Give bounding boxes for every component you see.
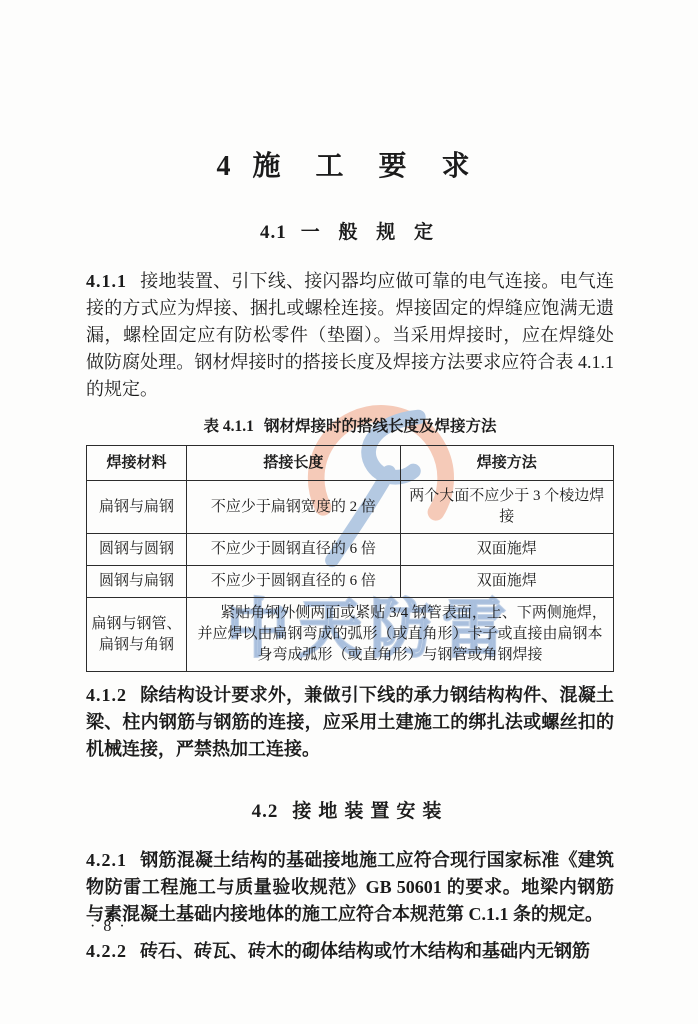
clause-4-1-1-text: 接地装置、引下线、接闪器均应做可靠的电气连接。电气连接的方式应为焊接、捆扎或螺栓… — [86, 271, 614, 399]
table-caption: 表 4.1.1钢材焊接时的搭线长度及焊接方法 — [86, 416, 614, 438]
clause-4-1-1: 4.1.1接地装置、引下线、接闪器均应做可靠的电气连接。电气连接的方式应为焊接、… — [86, 268, 614, 403]
page-content: 4施 工 要 求 4.1一 般 规 定 4.1.1接地装置、引下线、接闪器均应做… — [86, 0, 614, 965]
section-4-2-title: 接地装置安装 — [292, 801, 448, 822]
clause-4-1-2: 4.1.2除结构设计要求外，兼做引下线的承力钢结构构件、混凝土梁、柱内钢筋与钢筋… — [86, 682, 614, 763]
chapter-heading: 4施 工 要 求 — [86, 150, 614, 184]
chapter-number: 4 — [216, 151, 230, 182]
clause-4-1-1-number: 4.1.1 — [86, 271, 127, 291]
table-cell: 扁钢与扁钢 — [87, 481, 187, 534]
table-cell-merged-description: 紧贴角钢外侧两面或紧贴 3/4 钢管表面，上、下两侧施焊，并应焊以由扁钢弯成的弧… — [187, 598, 614, 672]
table-cell: 不应少于圆钢直径的 6 倍 — [187, 566, 400, 598]
clause-4-2-2-text: 砖石、砖瓦、砖木的砌体结构或竹木结构和基础内无钢筋 — [140, 941, 590, 961]
table-row: 扁钢与钢管、扁钢与角钢 紧贴角钢外侧两面或紧贴 3/4 钢管表面，上、下两侧施焊… — [87, 598, 614, 672]
table-cell: 圆钢与扁钢 — [87, 566, 187, 598]
header-cell-lap-length: 搭接长度 — [187, 446, 400, 481]
table-caption-label: 表 4.1.1 — [204, 418, 254, 435]
clause-4-2-2: 4.2.2砖石、砖瓦、砖木的砌体结构或竹木结构和基础内无钢筋 — [86, 938, 614, 965]
chapter-title: 施 工 要 求 — [252, 151, 483, 182]
clause-4-1-2-number: 4.1.2 — [86, 685, 127, 705]
table-row: 扁钢与扁钢 不应少于扁钢宽度的 2 倍 两个大面不应少于 3 个棱边焊接 — [87, 481, 614, 534]
table-cell: 两个大面不应少于 3 个棱边焊接 — [400, 481, 613, 534]
clause-4-2-2-number: 4.2.2 — [86, 941, 127, 961]
section-4-2-number: 4.2 — [252, 801, 279, 822]
table-header-row: 焊接材料 搭接长度 焊接方法 — [87, 446, 614, 481]
table-cell: 双面施焊 — [400, 566, 613, 598]
section-4-1-title: 一 般 规 定 — [301, 222, 440, 243]
clause-4-2-1: 4.2.1钢筋混凝土结构的基础接地施工应符合现行国家标准《建筑物防雷工程施工与质… — [86, 847, 614, 928]
table-caption-title: 钢材焊接时的搭线长度及焊接方法 — [264, 418, 497, 435]
table-row: 圆钢与圆钢 不应少于圆钢直径的 6 倍 双面施焊 — [87, 534, 614, 566]
page-number: · 8 · — [90, 918, 127, 936]
section-4-2-heading: 4.2接地装置安装 — [86, 799, 614, 825]
table-body: 扁钢与扁钢 不应少于扁钢宽度的 2 倍 两个大面不应少于 3 个棱边焊接 圆钢与… — [87, 481, 614, 672]
header-cell-material: 焊接材料 — [87, 446, 187, 481]
clause-4-2-1-text: 钢筋混凝土结构的基础接地施工应符合现行国家标准《建筑物防雷工程施工与质量验收规范… — [86, 850, 614, 924]
table-cell: 圆钢与圆钢 — [87, 534, 187, 566]
table-row: 圆钢与扁钢 不应少于圆钢直径的 6 倍 双面施焊 — [87, 566, 614, 598]
clause-4-1-2-text: 除结构设计要求外，兼做引下线的承力钢结构构件、混凝土梁、柱内钢筋与钢筋的连接，应… — [86, 685, 614, 759]
section-4-1-heading: 4.1一 般 规 定 — [86, 220, 614, 246]
table-head: 焊接材料 搭接长度 焊接方法 — [87, 446, 614, 481]
welding-spec-table: 焊接材料 搭接长度 焊接方法 扁钢与扁钢 不应少于扁钢宽度的 2 倍 两个大面不… — [86, 445, 614, 672]
section-4-1-number: 4.1 — [260, 222, 287, 243]
table-cell: 不应少于扁钢宽度的 2 倍 — [187, 481, 400, 534]
table-cell: 不应少于圆钢直径的 6 倍 — [187, 534, 400, 566]
table-cell: 双面施焊 — [400, 534, 613, 566]
header-cell-method: 焊接方法 — [400, 446, 613, 481]
clause-4-2-1-number: 4.2.1 — [86, 850, 127, 870]
document-page: 中天防雷 4施 工 要 求 4.1一 般 规 定 4.1.1接地装置、引下线、接… — [0, 0, 698, 1024]
table-cell: 扁钢与钢管、扁钢与角钢 — [87, 598, 187, 672]
